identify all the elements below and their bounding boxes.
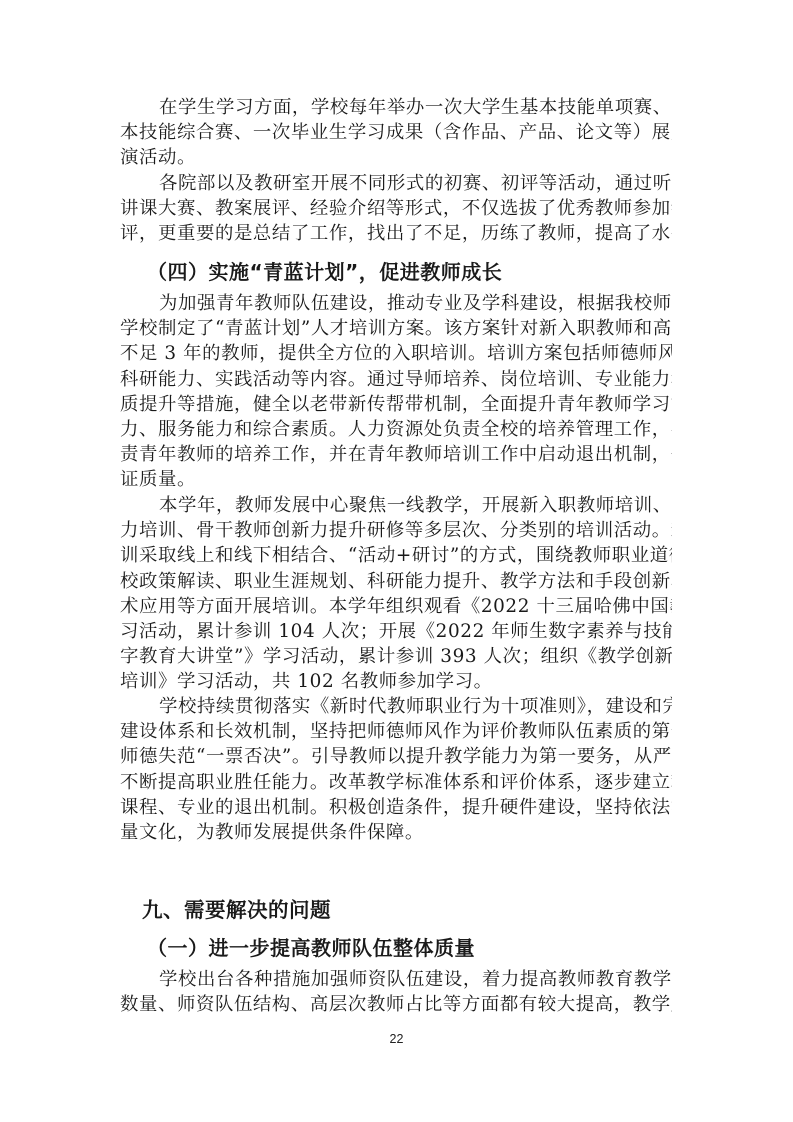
- section-heading-qinglan-plan: （四）实施“青蓝计划”，促进教师成长: [147, 256, 502, 285]
- text-line: 学校出台各种措施加强师资队伍建设，着力提高教师教育教学能力，在教师: [120, 967, 672, 992]
- page-number: 22: [0, 1032, 793, 1046]
- text-line: 责青年教师的培养工作，并在青年教师培训工作中启动退出机制，优胜劣汰，保: [120, 442, 672, 467]
- paragraph-qinglan-plan: 为加强青年教师队伍建设，推动专业及学科建设，根据我校师资队伍现状， 学校制定了“…: [120, 291, 672, 493]
- paragraph-student-learning: 在学生学习方面，学校每年举办一次大学生基本技能单项赛、一次毕业生基 本技能综合赛…: [120, 95, 672, 171]
- chapter-heading-issues: 九、需要解决的问题: [142, 893, 331, 923]
- text-line: 课程、专业的退出机制。积极创造条件，提升硬件建设，坚持依法治校，建设质: [120, 795, 672, 820]
- text-line: 量文化，为教师发展提供条件保障。: [120, 820, 672, 845]
- text-line: 不断提高职业胜任能力。改革教学标准体系和评价体系，逐步建立和完善教师、: [120, 770, 672, 795]
- text-line: 本学年，教师发展中心聚焦一线教学，开展新入职教师培训、青年教师胜任: [120, 493, 672, 518]
- text-line: 评，更重要的是总结了工作，找出了不足，历练了教师，提高了水平。: [120, 221, 672, 246]
- text-line: 训采取线上和线下相结合、“活动+研讨”的方式，围绕教师职业道德建设、学: [120, 543, 672, 568]
- text-line: 为加强青年教师队伍建设，推动专业及学科建设，根据我校师资队伍现状，: [120, 291, 672, 316]
- text-line: 学校持续贯彻落实《新时代教师职业行为十项准则》，建设和完善师德师风: [120, 694, 672, 719]
- text-line: 不足 3 年的教师，提供全方位的入职培训。培训方案包括师德师风、教学能力、: [120, 341, 672, 366]
- document-page: 在学生学习方面，学校每年举办一次大学生基本技能单项赛、一次毕业生基 本技能综合赛…: [0, 0, 793, 1122]
- text-line: 各院部以及教研室开展不同形式的初赛、初评等活动，通过听课、观摩教学，: [120, 171, 672, 196]
- paragraph-teacher-training: 本学年，教师发展中心聚焦一线教学，开展新入职教师培训、青年教师胜任 力培训、骨干…: [120, 493, 672, 695]
- text-line: 演活动。: [120, 145, 672, 170]
- paragraph-ethics-standards: 学校持续贯彻落实《新时代教师职业行为十项准则》，建设和完善师德师风 建设体系和长…: [120, 694, 672, 845]
- text-line: 习活动，累计参训 104 人次；开展《2022 年师生数字素养与技能提升活动月“…: [120, 619, 672, 644]
- text-line: 术应用等方面开展培训。本学年组织观看《2022 十三届哈佛中国教育论坛》学: [120, 594, 672, 619]
- text-line: 力、服务能力和综合素质。人力资源处负责全校的培养管理工作，各院部具体负: [120, 417, 672, 442]
- text-line: 学校制定了“青蓝计划”人才培训方案。该方案针对新入职教师和高校工作经验: [120, 316, 672, 341]
- text-line: 力培训、骨干教师创新力提升研修等多层次、分类别的培训活动。新入职教师培: [120, 518, 672, 543]
- text-line: 师德失范“一票否决”。引导教师以提升教学能力为第一要务，从严治教治学，: [120, 744, 672, 769]
- text-line: 讲课大赛、教案展评、经验介绍等形式，不仅选拔了优秀教师参加学校复赛、复: [120, 196, 672, 221]
- text-line: 数量、师资队伍结构、高层次教师占比等方面都有较大提高，教学质量也在稳步: [120, 992, 672, 1017]
- text-line: 质提升等措施，健全以老带新传帮带机制，全面提升青年教师学习能力、管理能: [120, 392, 672, 417]
- text-line: 建设体系和长效机制，坚持把师德师风作为评价教师队伍素质的第一标准，实行: [120, 719, 672, 744]
- text-line: 本技能综合赛、一次毕业生学习成果（含作品、产品、论文等）展览、展示或展: [120, 120, 672, 145]
- paragraph-department-competitions: 各院部以及教研室开展不同形式的初赛、初评等活动，通过听课、观摩教学， 讲课大赛、…: [120, 171, 672, 247]
- text-line: 字教育大讲堂”》学习活动，累计参训 393 人次；组织《教学创新成果经验分享: [120, 644, 672, 669]
- text-line: 培训》学习活动，共 102 名教师参加学习。: [120, 669, 672, 694]
- paragraph-faculty-building: 学校出台各种措施加强师资队伍建设，着力提高教师教育教学能力，在教师 数量、师资队…: [120, 967, 672, 1017]
- text-line: 科研能力、实践活动等内容。通过导师培养、岗位培训、专业能力培训、综合素: [120, 367, 672, 392]
- text-line: 校政策解读、职业生涯规划、科研能力提升、教学方法和手段创新、现代教育技: [120, 569, 672, 594]
- text-line: 证质量。: [120, 467, 672, 492]
- text-line: 在学生学习方面，学校每年举办一次大学生基本技能单项赛、一次毕业生基: [120, 95, 672, 120]
- section-heading-teacher-quality: （一）进一步提高教师队伍整体质量: [147, 932, 475, 961]
